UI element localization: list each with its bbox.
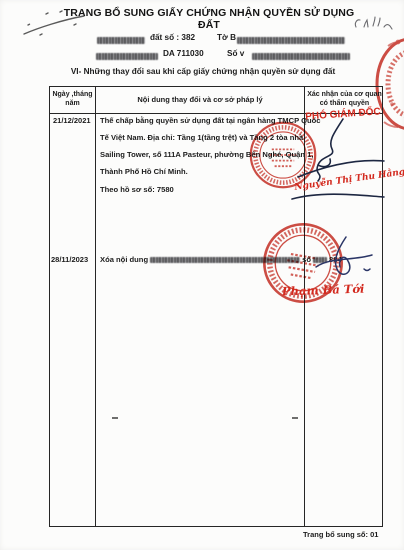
row2-content-prefix: Xóa nội dung (100, 255, 148, 264)
redacted-map-sheet (237, 37, 345, 44)
redacted-serial-label (96, 53, 158, 60)
redacted-parcel-label (97, 37, 145, 44)
parcel-number: đất số : 382 (150, 33, 195, 42)
redacted-book-entry (252, 53, 350, 60)
table-column-divider (95, 87, 96, 526)
row1-content-line: Thành Phố Hồ Chí Minh. (100, 167, 188, 176)
map-sheet-label: Tờ B (217, 33, 236, 42)
signature1-icon (288, 113, 388, 213)
signer2-name: Phạm Bá Tới (282, 282, 365, 299)
changes-table: Ngày ,tháng năm Nội dung thay đổi và cơ … (49, 86, 383, 527)
book-entry-label: Số v (227, 49, 244, 58)
pen-initials-icon (350, 13, 396, 33)
page-title: TRANG BỔ SUNG GIẤY CHỨNG NHẬN QUYỀN SỬ D… (58, 7, 360, 31)
row2-date: 28/11/2023 (51, 255, 95, 264)
row1-content-line: Theo hồ sơ số: 7580 (100, 185, 174, 194)
section-title: VI- Những thay đổi sau khi cấp giấy chứn… (50, 67, 356, 76)
certificate-serial: DA 711030 (163, 49, 204, 58)
scan-dash-mark (292, 417, 298, 419)
column-header-date: Ngày ,tháng năm (50, 87, 95, 113)
row1-date: 21/12/2021 (53, 116, 95, 125)
page-number-note: Trang bổ sung số: 01 (303, 530, 378, 539)
column-header-content: Nội dung thay đổi và cơ sở pháp lý (96, 87, 304, 113)
scan-dash-mark (112, 417, 118, 419)
supplementary-land-certificate-page: TRANG BỔ SUNG GIẤY CHỨNG NHẬN QUYỀN SỬ D… (0, 0, 404, 550)
